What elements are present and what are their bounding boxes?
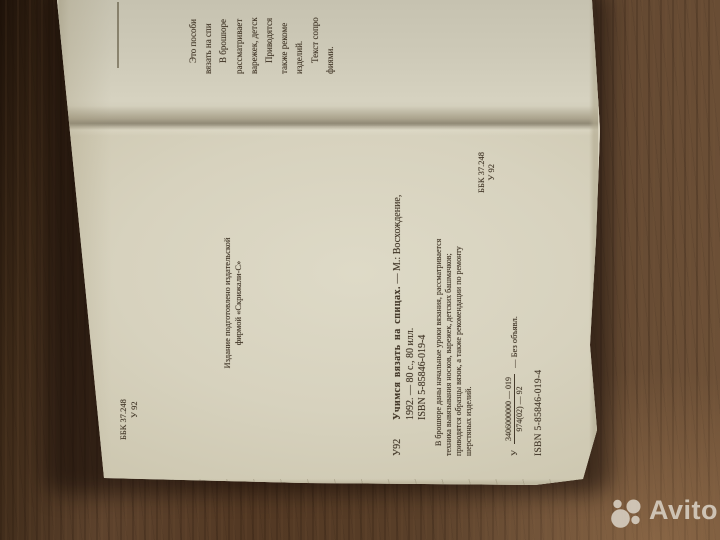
bbk-code-top-left: ББК 37.248 У 92	[118, 399, 139, 440]
formula-sign: У	[509, 450, 519, 456]
avito-watermark: Avito	[608, 493, 718, 531]
page-crease-line	[117, 2, 119, 68]
annotation-fragment-line: Это пособи	[186, 0, 201, 74]
author-sign: У92	[392, 439, 405, 456]
annotation-fragment-line: В брошюре	[216, 0, 231, 74]
bbk-code-line: У 92	[486, 152, 496, 456]
print-run-formula: У 3406000000 — 019 974(02) — 92 — Без об…	[504, 148, 524, 456]
formula-numerator: 3406000000 — 019	[504, 374, 515, 444]
avito-logo-icon	[608, 495, 645, 529]
bbk-code-right: ББК 37.248 У 92	[476, 148, 496, 456]
isbn-line: ISBN 5-85846-019-4	[417, 148, 430, 420]
annotation-fragment-line: рассматривает	[232, 0, 247, 74]
annotation-line: приводятся образцы вязок, а также рекоме…	[454, 148, 464, 456]
imprint-page-text: ББК 37.248 У 92 Издание подготовлено изд…	[100, 128, 600, 478]
bbk-code-line: ББК 37.248	[118, 399, 129, 440]
catalog-card-block: У92 Учимся вязать на спицах. — М.: Восхо…	[392, 148, 544, 456]
publisher-note: Издание подготовлено издательской фирмой…	[222, 128, 244, 478]
annotation-fragment-line: также рекоме	[277, 0, 292, 74]
book-title: Учимся вязать на спицах.	[392, 286, 403, 420]
avito-wordmark: Avito	[649, 495, 718, 526]
book-photo: Это пособи вязать на спи В брошюре рассм…	[0, 0, 720, 540]
annotation-fragment-line: Приводятся	[262, 0, 277, 74]
formula-tail: — Без объявл.	[509, 316, 519, 368]
annotation-line: шерстяных изделий.	[464, 148, 474, 456]
annotation-fragment-line: изделий.	[292, 0, 307, 74]
facing-page-annotation-lines: Это пособи вязать на спи В брошюре рассм…	[186, 0, 338, 74]
bbk-code-line: ББК 37.248	[476, 152, 486, 456]
catalog-card-head: У92 Учимся вязать на спицах. — М.: Восхо…	[392, 148, 430, 456]
annotation-line: В брошюре даны начальные уроки вязания, …	[434, 148, 444, 456]
annotation-fragment-line: Текст сопро	[308, 0, 323, 74]
publisher-note-line: Издание подготовлено издательской	[222, 128, 233, 478]
annotation-fragment-line: фиями.	[323, 0, 338, 74]
annotation-fragment-line: вязать на спи	[201, 0, 216, 74]
annotation-fragment-line: варежек, детск	[247, 0, 262, 74]
formula-denominator: 974(02) — 92	[515, 386, 525, 431]
facing-page-annotation: Это пособи вязать на спи В брошюре рассм…	[186, 0, 338, 74]
formula-fraction: 3406000000 — 019 974(02) — 92	[504, 374, 524, 444]
annotation-line: техника вывязывания носков, варежек, дет…	[444, 148, 454, 456]
bbk-code-line: У 92	[129, 399, 140, 440]
imprint-page-logical: ББК 37.248 У 92 Издание подготовлено изд…	[100, 128, 600, 478]
isbn-bottom-line: ISBN 5-85846-019-4	[534, 148, 544, 456]
year-pages-line: 1992. — 80 с., 80 илл.	[405, 148, 418, 420]
annotation-paragraph: В брошюре даны начальные уроки вязания, …	[434, 148, 473, 456]
publisher-note-line: фирмой «Скрижали-С»	[233, 128, 244, 478]
title-imprint: — М.: Восхождение,	[392, 195, 403, 284]
title-line: Учимся вязать на спицах. — М.: Восхожден…	[392, 148, 405, 420]
